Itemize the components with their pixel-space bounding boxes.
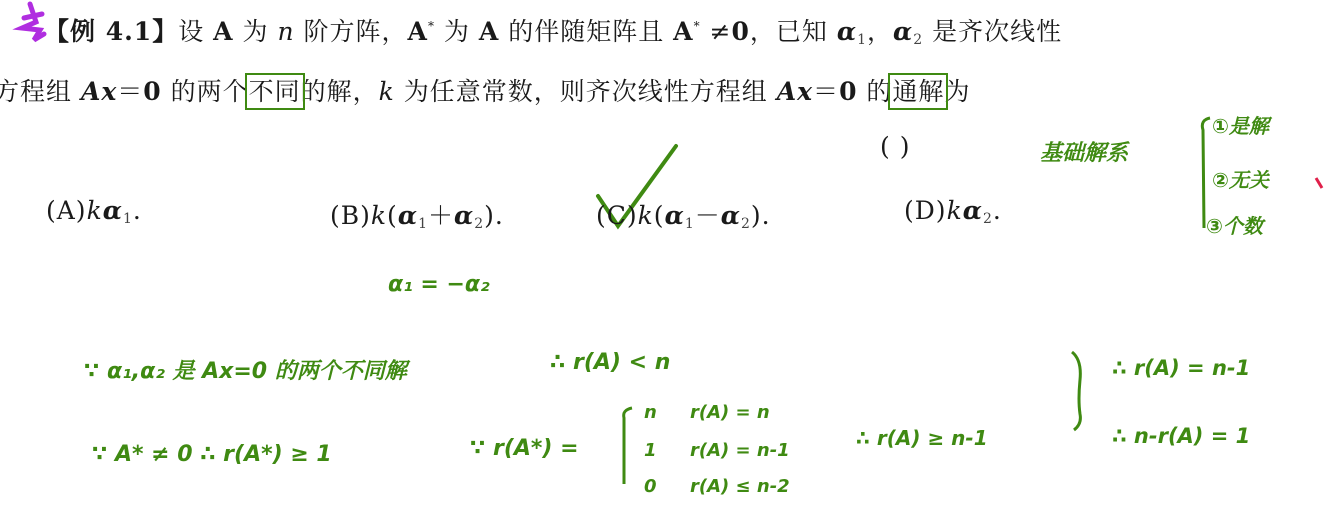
- conclusion-solution-dimension: ∴ n-r(A) = 1: [1112, 424, 1250, 448]
- case-3-condition: r(A) ≤ n-2: [690, 476, 790, 497]
- problem-line-1: 【例 4.1】设 A 为 n 阶方阵，A* 为 A 的伴随矩阵且 A* ≠0，已…: [44, 12, 1062, 48]
- case-brace-icon: [624, 408, 632, 484]
- note-fundamental-system: 基础解系: [1040, 136, 1128, 167]
- case-2-value: 1: [644, 440, 657, 461]
- note-list-item-1: ①是解: [1212, 110, 1269, 139]
- boxed-word-different: 不同: [249, 77, 301, 106]
- option-b: (B)k(α1＋α2).: [330, 196, 504, 232]
- note-alpha-relation: α₁ = −α₂: [388, 272, 490, 297]
- note-line-2b: ∵ r(A*) =: [470, 436, 579, 461]
- note-line-2c: ∴ r(A) ≥ n-1: [856, 426, 988, 450]
- example-label: 【例 4.1】: [44, 17, 178, 46]
- case-1-condition: r(A) = n: [690, 402, 770, 423]
- note-list-item-2: ②无关: [1212, 164, 1269, 193]
- red-tick-icon: [1316, 178, 1322, 188]
- option-d: (D)kα2.: [904, 196, 1002, 227]
- conclusion-rank: ∴ r(A) = n-1: [1112, 356, 1250, 380]
- note-list-item-3: ③个数: [1206, 210, 1263, 239]
- answer-blank: ( ): [880, 132, 910, 161]
- right-brace-icon: [1072, 352, 1080, 430]
- problem-line-2: 方程组 Ax＝0 的两个不同的解，k 为任意常数，则齐次线性方程组 Ax＝0 的…: [0, 72, 970, 108]
- note-line-2a: ∵ A* ≠ 0 ∴ r(A*) ≥ 1: [92, 442, 332, 467]
- option-a: (A)kα1.: [46, 196, 142, 227]
- purple-star-icon: [22, 4, 44, 40]
- case-2-condition: r(A) = n-1: [690, 440, 790, 461]
- option-c: (C)k(α1－α2).: [596, 196, 771, 232]
- case-3-value: 0: [644, 476, 657, 497]
- note-line-1a: ∵ α₁,α₂ 是 Ax=0 的两个不同解: [84, 354, 407, 385]
- note-line-1b: ∴ r(A) < n: [550, 350, 670, 375]
- boxed-word-general-solution: 通解: [892, 77, 944, 106]
- case-1-value: n: [644, 402, 657, 423]
